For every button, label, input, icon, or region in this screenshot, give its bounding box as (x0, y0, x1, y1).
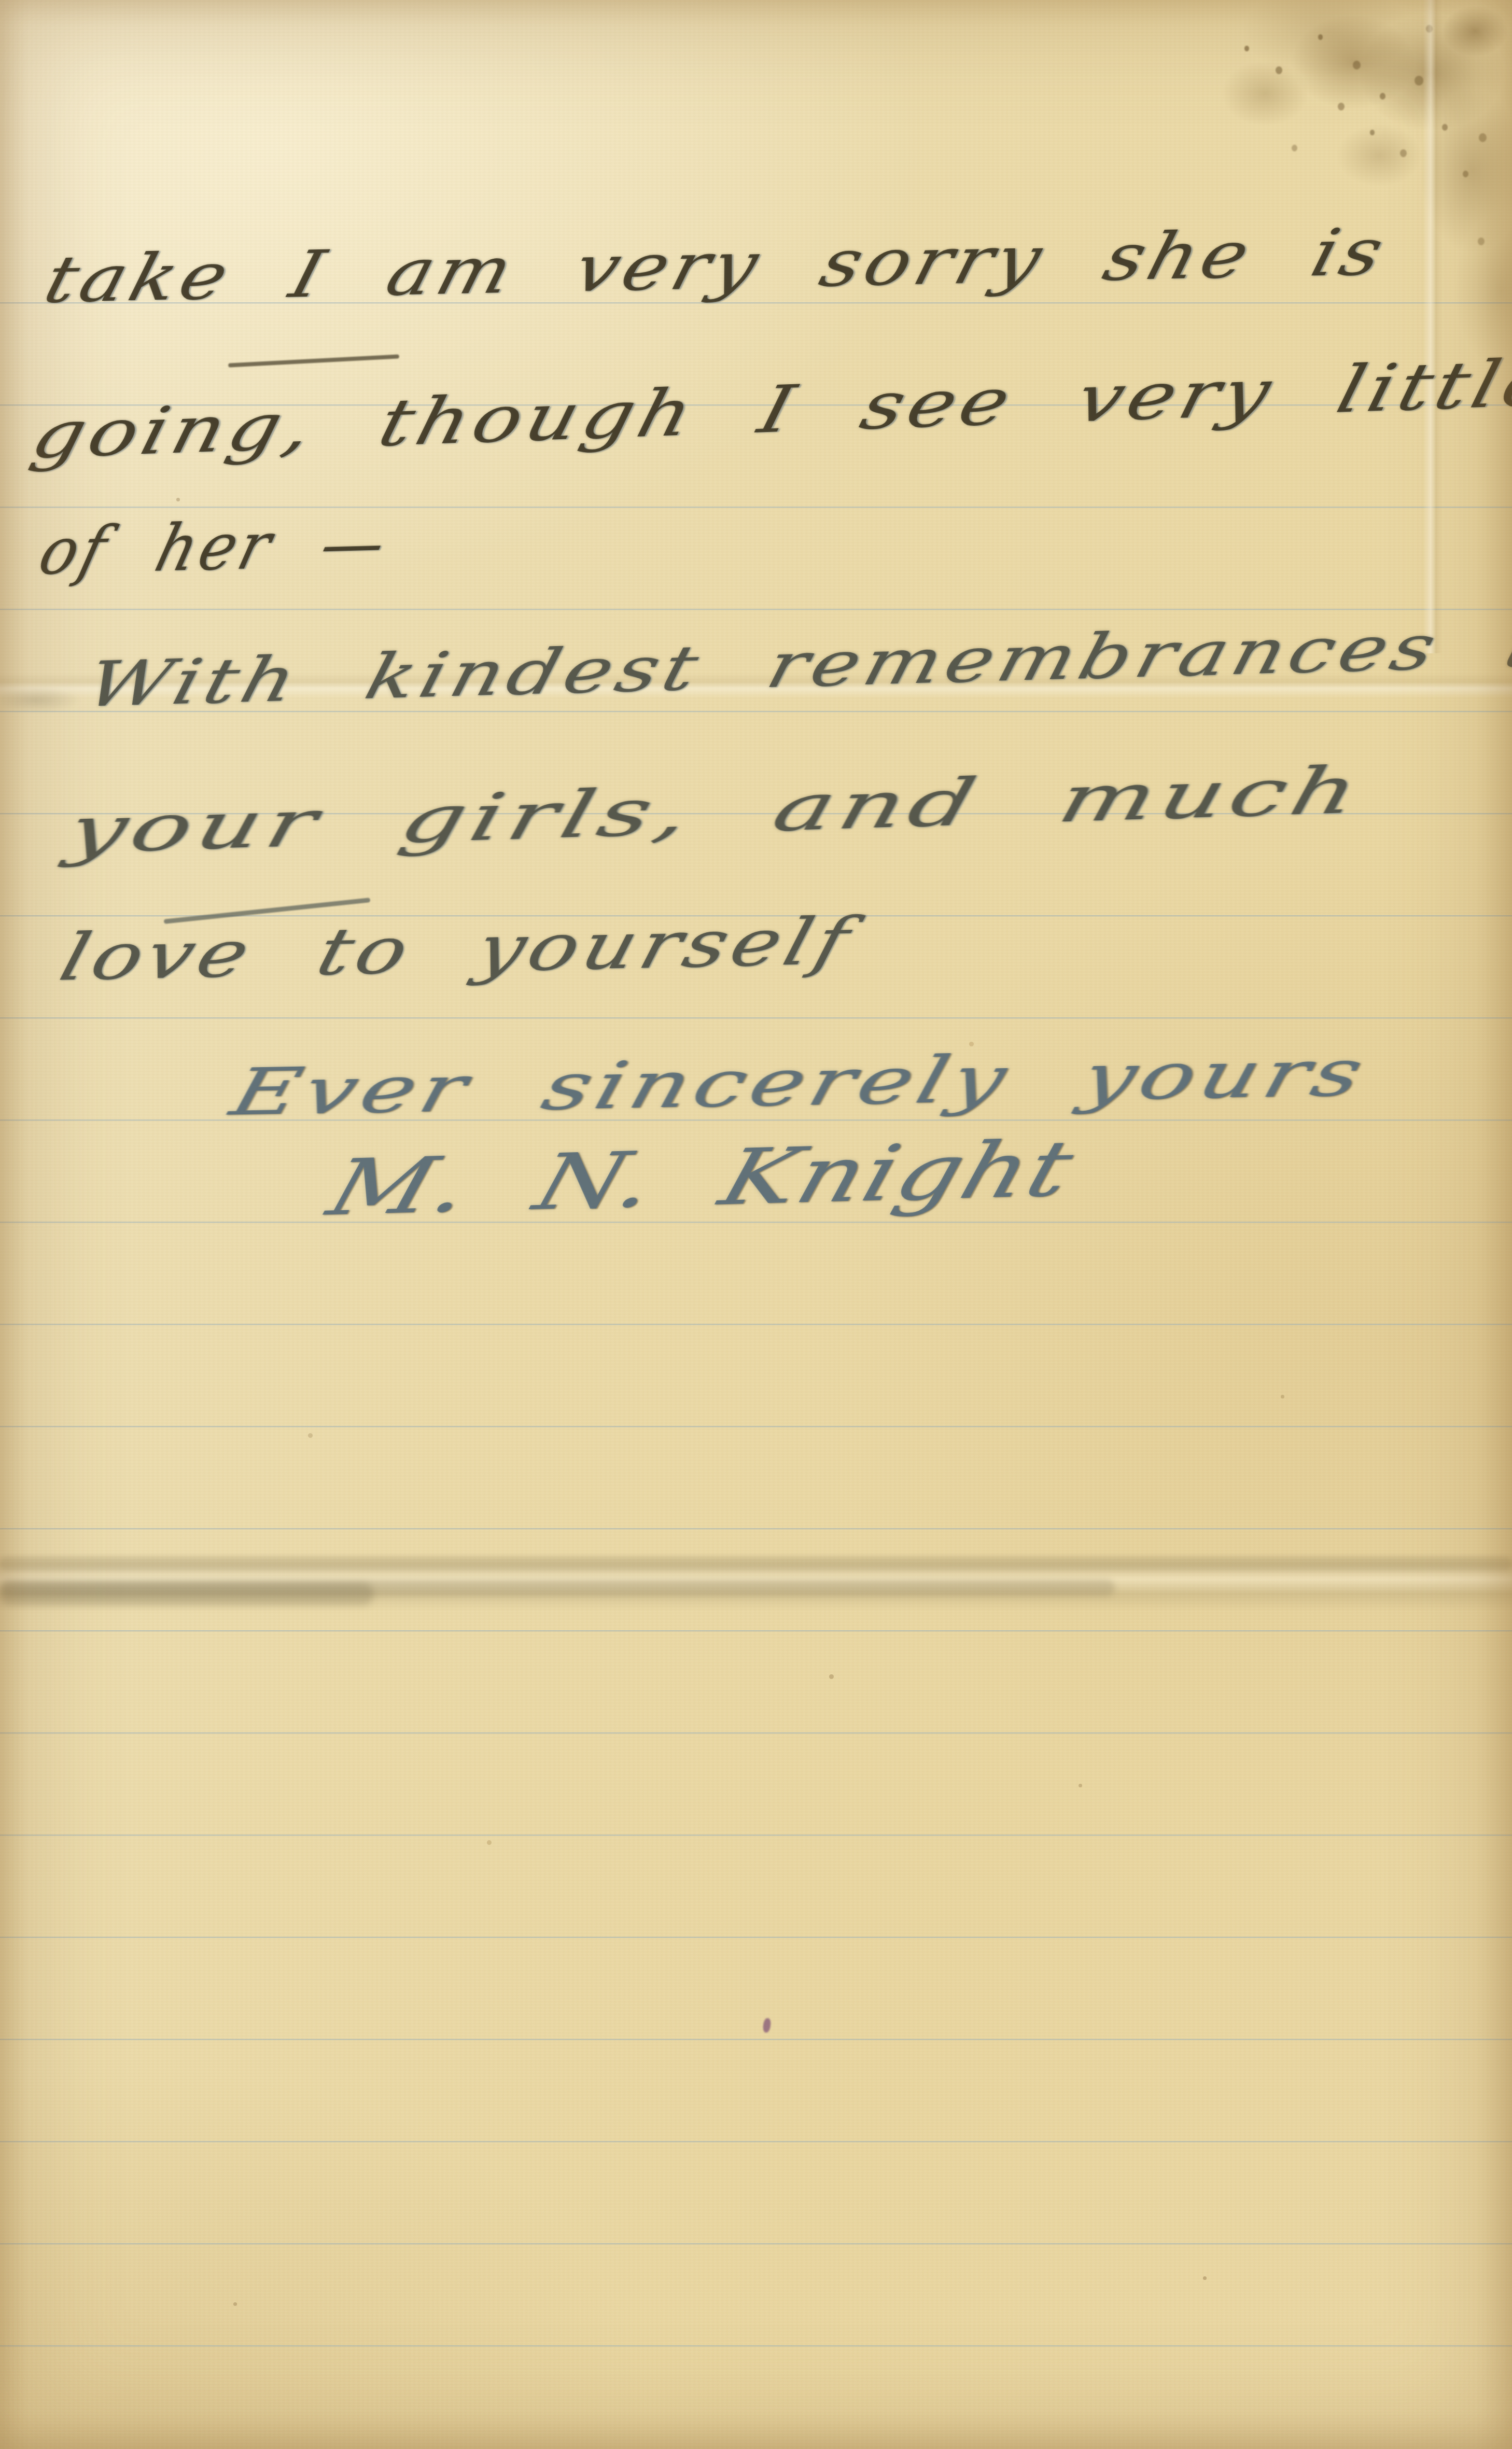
paper-flecks (176, 498, 180, 501)
handwriting-body-line-3: of her — (32, 505, 397, 589)
vertical-crease (1423, 0, 1442, 653)
fold-smudge-band-3 (0, 1583, 373, 1605)
fold-smudge-band-1 (0, 1557, 1512, 1571)
letter-page: take I am very sorry she is going, thoug… (0, 0, 1512, 2449)
foxing-specks (1244, 46, 1249, 51)
ruled-lines (0, 302, 1512, 2349)
